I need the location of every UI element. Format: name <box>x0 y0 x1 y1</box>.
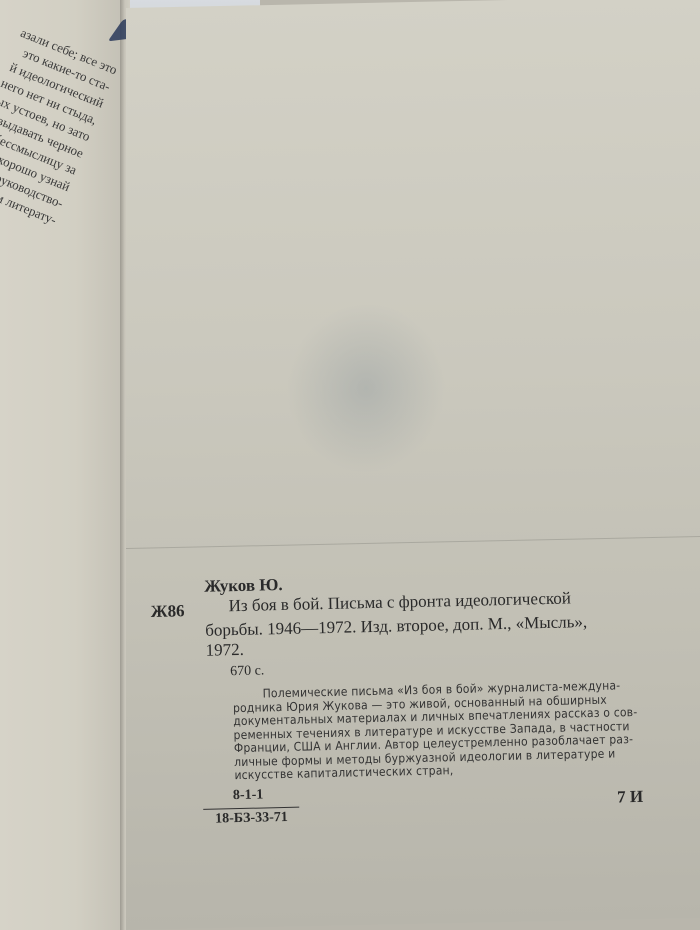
classification-code-numerator: 8-1-1 <box>233 787 264 804</box>
right-page <box>126 0 700 930</box>
paper-stain <box>286 301 446 474</box>
catalog-index: Ж86 <box>151 601 185 622</box>
classification-code-denominator: 18-БЗ-33-71 <box>203 807 299 828</box>
left-page: азали себе; все это это какие-то ста- й … <box>0 0 126 930</box>
left-page-text: азали себе; все это это какие-то ста- й … <box>0 10 120 229</box>
title-line: 1972. <box>205 640 244 661</box>
classification-code-right: 7 И <box>617 787 643 808</box>
author: Жуков Ю. <box>204 575 283 597</box>
page-count: 670 с. <box>230 663 265 680</box>
annotation: Полемические письма «Из боя в бой» журна… <box>233 679 635 783</box>
fold-line <box>126 536 700 549</box>
